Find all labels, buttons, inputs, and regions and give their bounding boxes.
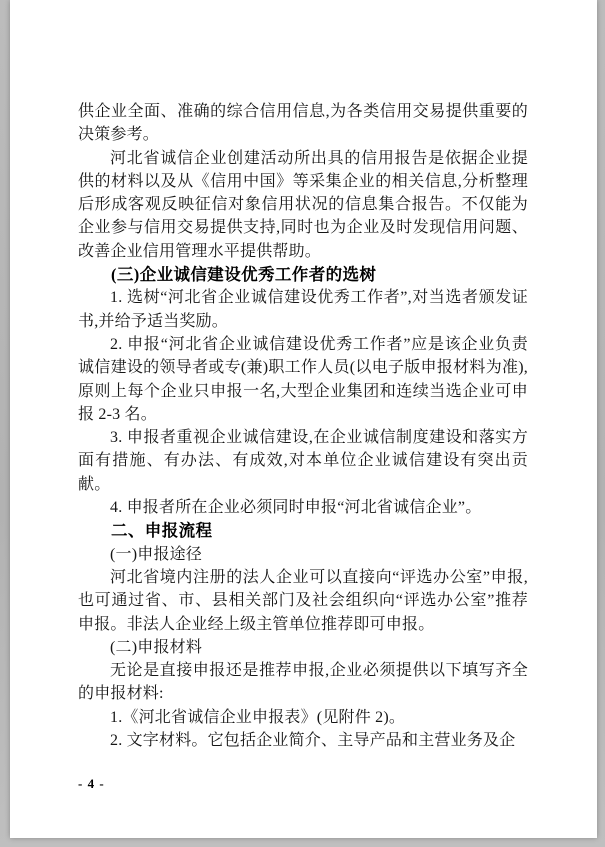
document-body-text: 供企业全面、准确的综合信用信息,为各类信用交易提供重要的决策参考。 河北省诚信企…	[78, 100, 528, 752]
paragraph: 无论是直接申报还是推荐申报,企业必须提供以下填写齐全的申报材料:	[78, 659, 528, 706]
paragraph: 河北省境内注册的法人企业可以直接向“评选办公室”申报,也可通过省、市、县相关部门…	[78, 566, 528, 636]
paragraph-continuation: 供企业全面、准确的综合信用信息,为各类信用交易提供重要的决策参考。	[78, 100, 528, 147]
viewer-background: { "document": { "paragraphs": [ { "text"…	[0, 0, 605, 847]
list-item-material-1: 1.《河北省诚信企业申报表》(见附件 2)。	[78, 706, 528, 729]
page-number: - 4 -	[78, 776, 105, 792]
list-item-4: 4. 申报者所在企业必须同时申报“河北省诚信企业”。	[78, 496, 528, 519]
list-item-1: 1. 选树“河北省企业诚信建设优秀工作者”,对当选者颁发证书,并给予适当奖励。	[78, 286, 528, 333]
section-heading-3-workers: (三)企业诚信建设优秀工作者的选树	[78, 263, 528, 286]
list-item-material-2: 2. 文字材料。它包括企业简介、主导产品和主营业务及企	[78, 729, 528, 752]
subsection-heading-application-materials: (二)申报材料	[78, 636, 528, 659]
document-page-sheet: 供企业全面、准确的综合信用信息,为各类信用交易提供重要的决策参考。 河北省诚信企…	[10, 0, 597, 838]
section-heading-2-application-process: 二、申报流程	[78, 519, 528, 542]
list-item-3: 3. 申报者重视企业诚信建设,在企业诚信制度建设和落实方面有措施、有办法、有成效…	[78, 426, 528, 496]
subsection-heading-application-channel: (一)申报途径	[78, 543, 528, 566]
list-item-2: 2. 申报“河北省企业诚信建设优秀工作者”应是该企业负责诚信建设的领导者或专(兼…	[78, 333, 528, 426]
paragraph: 河北省诚信企业创建活动所出具的信用报告是依据企业提供的材料以及从《信用中国》等采…	[78, 147, 528, 263]
